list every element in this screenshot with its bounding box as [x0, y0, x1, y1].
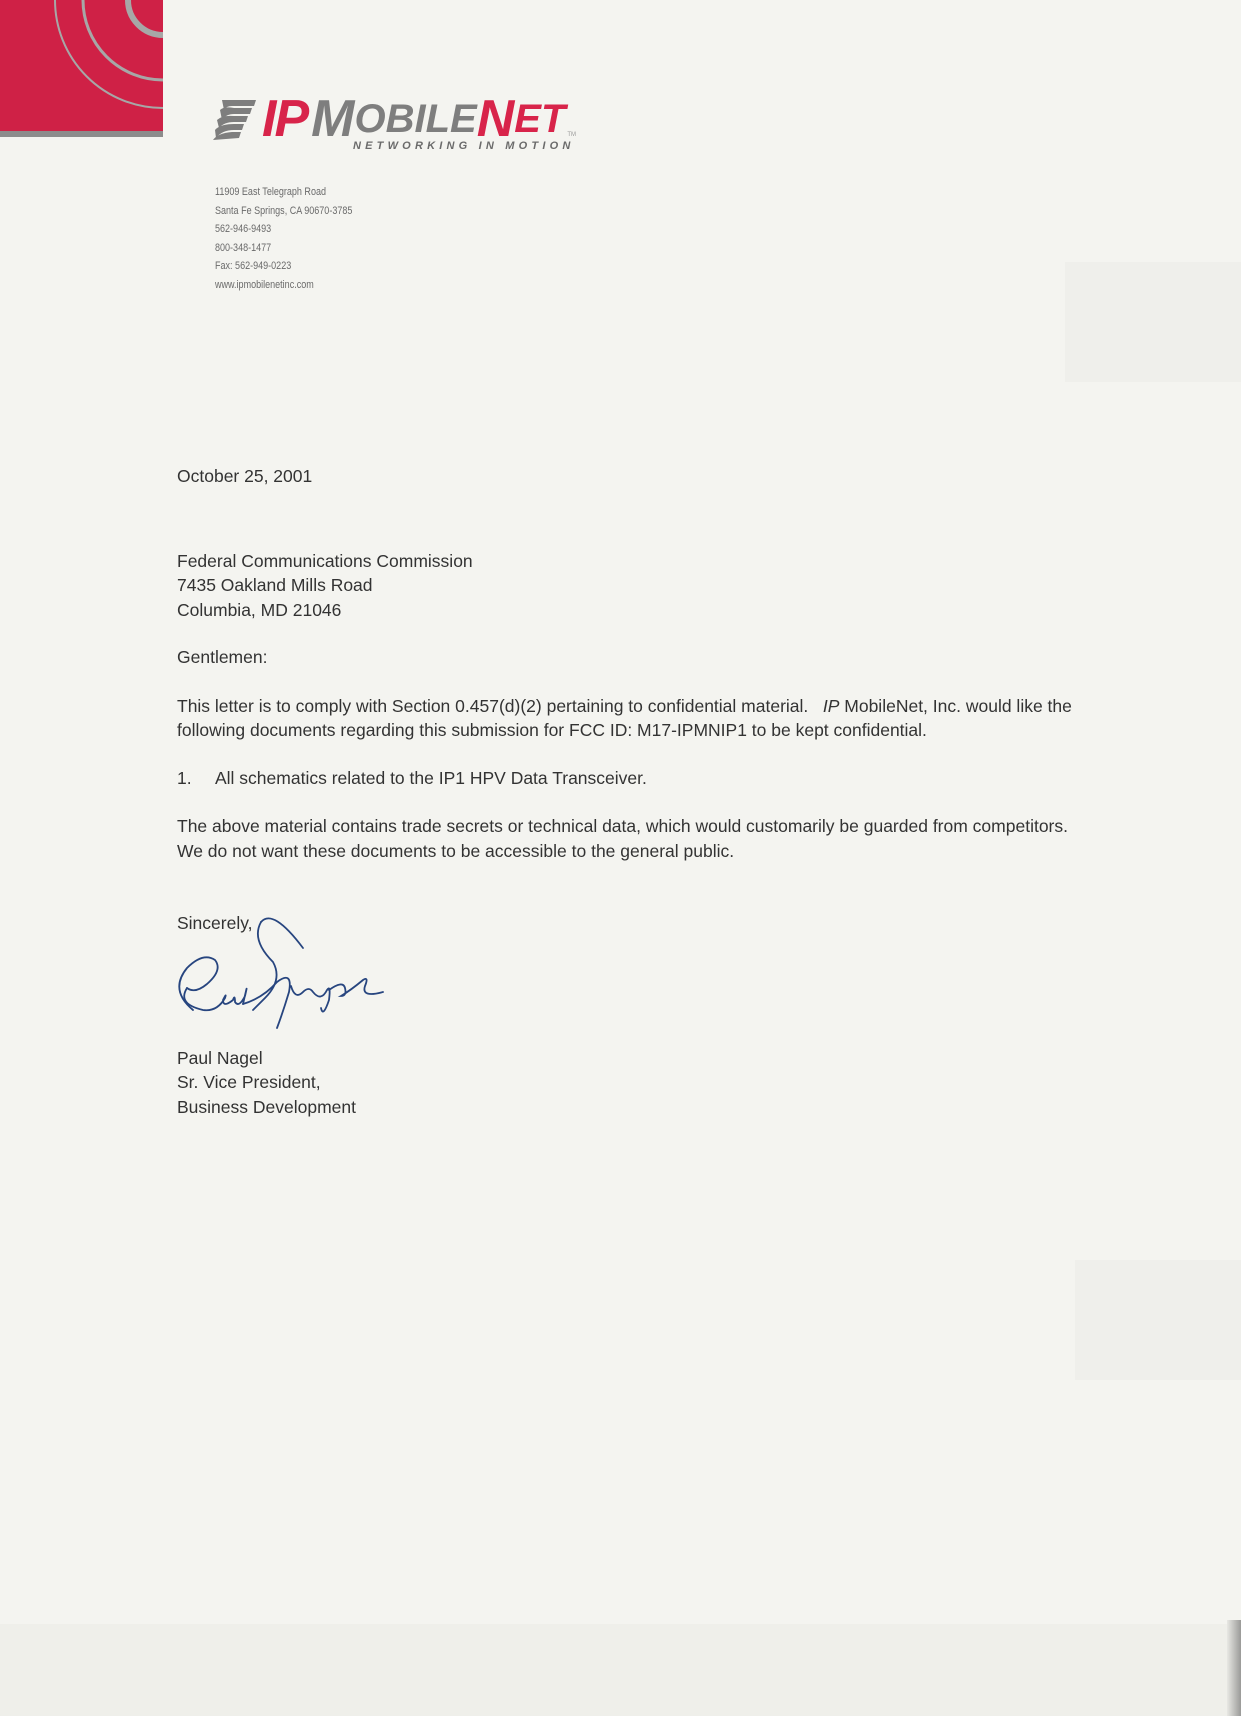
signer-title: Sr. Vice President,	[177, 1070, 1087, 1095]
page-bottom-shadow	[0, 1624, 1241, 1716]
brand-mobile-rest: OBIL	[354, 96, 450, 142]
brand-net-initial: N	[477, 96, 515, 142]
recipient-address: Federal Communications Commission 7435 O…	[177, 549, 1087, 623]
corner-logo-block	[0, 0, 163, 131]
company-logo: IP M OBIL E N ET TM	[212, 86, 576, 142]
handwritten-signature	[177, 930, 1087, 1048]
address-city: Santa Fe Springs, CA 90670-3785	[215, 202, 352, 221]
list-item-text: All schematics related to the IP1 HPV Da…	[215, 766, 647, 791]
fax-number: Fax: 562-949-0223	[215, 257, 352, 276]
paragraph-ip-italic: IP	[823, 696, 840, 716]
company-tagline: NETWORKING IN MOTION	[353, 140, 575, 152]
signer-name: Paul Nagel	[177, 1046, 1087, 1071]
letter-date: October 25, 2001	[177, 464, 1087, 489]
recipient-street: 7435 Oakland Mills Road	[177, 573, 1087, 598]
salutation: Gentlemen:	[177, 645, 1087, 670]
trademark-mark: TM	[567, 132, 576, 138]
list-item: 1. All schematics related to the IP1 HPV…	[177, 766, 1087, 791]
phone-tollfree: 800-348-1477	[215, 239, 352, 258]
paragraph-confidentiality-request: This letter is to comply with Section 0.…	[177, 694, 1087, 743]
signer-department: Business Development	[177, 1095, 1087, 1120]
recipient-city: Columbia, MD 21046	[177, 598, 1087, 623]
website-link[interactable]: www.ipmobilenetinc.com	[215, 276, 352, 295]
page-edge-shadow	[1227, 1620, 1241, 1716]
recipient-name: Federal Communications Commission	[177, 549, 1087, 574]
paragraph-trade-secrets: The above material contains trade secret…	[177, 814, 1087, 863]
paragraph-text: This letter is to comply with Section 0.…	[177, 696, 823, 716]
logo-mark-icon	[212, 96, 260, 142]
brand-mobile-e: E	[450, 96, 477, 142]
brand-mobile-initial: M	[311, 96, 354, 142]
scan-shadow	[1065, 262, 1241, 382]
corner-logo-bar	[0, 131, 163, 137]
list-item-number: 1.	[177, 766, 215, 791]
address-street: 11909 East Telegraph Road	[215, 183, 352, 202]
letter-body: October 25, 2001 Federal Communications …	[177, 464, 1087, 1119]
company-address: 11909 East Telegraph Road Santa Fe Sprin…	[215, 183, 352, 295]
signal-arcs-icon	[0, 0, 163, 131]
signature-icon	[173, 900, 413, 1040]
scan-shadow	[1075, 1260, 1241, 1380]
signer-block: Paul Nagel Sr. Vice President, Business …	[177, 1046, 1087, 1120]
brand-ip: IP	[262, 96, 307, 142]
brand-net-rest: ET	[514, 96, 565, 142]
phone-main: 562-946-9493	[215, 220, 352, 239]
